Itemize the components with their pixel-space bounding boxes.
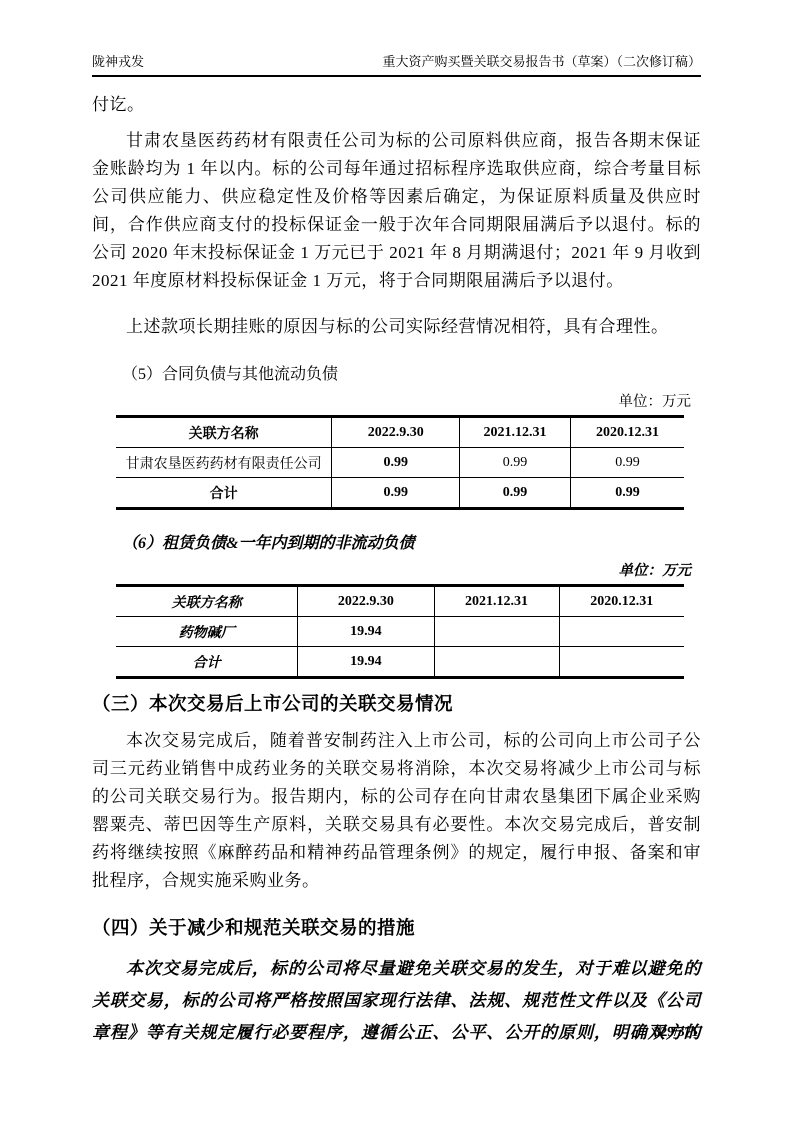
page-content: 付讫。 甘肃农垦医药药材有限责任公司为标的公司原料供应商，报告各期末保证金账龄均… xyxy=(92,91,701,1049)
column-header-2020: 2020.12.31 xyxy=(559,586,684,617)
page-number: 329/371 xyxy=(654,1024,698,1040)
cell-value-2021: 0.99 xyxy=(460,448,571,478)
table-row: 甘肃农垦医药药材有限责任公司 0.99 0.99 0.99 xyxy=(116,448,684,478)
heading-post-transaction-related-dealings: （三）本次交易后上市公司的关联交易情况 xyxy=(92,691,701,717)
paragraph-post-transaction: 本次交易完成后，随着普安制药注入上市公司，标的公司向上市公司子公司三元药业销售中… xyxy=(92,727,701,895)
unit-label-lease-liabilities: 单位：万元 xyxy=(92,562,701,580)
contract-liabilities-table: 关联方名称 2022.9.30 2021.12.31 2020.12.31 甘肃… xyxy=(116,415,684,510)
heading-lease-liabilities: （6）租赁负债&一年内到期的非流动负债 xyxy=(92,532,701,556)
table-header-row: 关联方名称 2022.9.30 2021.12.31 2020.12.31 xyxy=(116,586,684,617)
cell-party-name: 药物碱厂 xyxy=(116,617,298,647)
page-header: 陇神戎发 重大资产购买暨关联交易报告书（草案）（二次修订稿） xyxy=(92,54,701,77)
column-header-2021: 2021.12.31 xyxy=(460,417,571,448)
cell-total-2022: 0.99 xyxy=(332,478,460,509)
cell-total-2020 xyxy=(559,647,684,678)
header-company-name: 陇神戎发 xyxy=(92,54,144,69)
paragraph-reasonableness: 上述款项长期挂账的原因与标的公司实际经营情况相符，具有合理性。 xyxy=(92,313,701,341)
cell-total-label: 合计 xyxy=(116,478,332,509)
cell-value-2020 xyxy=(559,617,684,647)
paragraph-supplier: 甘肃农垦医药药材有限责任公司为标的公司原料供应商，报告各期末保证金账龄均为 1 … xyxy=(92,127,701,295)
table-total-row: 合计 0.99 0.99 0.99 xyxy=(116,478,684,509)
cell-total-2020: 0.99 xyxy=(570,478,684,509)
column-header-2022: 2022.9.30 xyxy=(298,586,434,617)
cell-value-2021 xyxy=(434,617,559,647)
paragraph-measures: 本次交易完成后，标的公司将尽量避免关联交易的发生，对于难以避免的关联交易，标的公… xyxy=(92,953,701,1049)
table-header-row: 关联方名称 2022.9.30 2021.12.31 2020.12.31 xyxy=(116,417,684,448)
column-header-2021: 2021.12.31 xyxy=(434,586,559,617)
cell-total-label: 合计 xyxy=(116,647,298,678)
cell-value-2022: 0.99 xyxy=(332,448,460,478)
lease-liabilities-table: 关联方名称 2022.9.30 2021.12.31 2020.12.31 药物… xyxy=(116,584,684,679)
cell-party-name: 甘肃农垦医药药材有限责任公司 xyxy=(116,448,332,478)
column-header-2020: 2020.12.31 xyxy=(570,417,684,448)
cell-value-2020: 0.99 xyxy=(570,448,684,478)
column-header-related-party: 关联方名称 xyxy=(116,586,298,617)
unit-label-contract-liabilities: 单位：万元 xyxy=(92,393,701,411)
cell-total-2021: 0.99 xyxy=(460,478,571,509)
cell-total-2022: 19.94 xyxy=(298,647,434,678)
heading-contract-liabilities: （5）合同负债与其他流动负债 xyxy=(92,363,701,387)
cell-total-2021 xyxy=(434,647,559,678)
paragraph-fragment: 付讫。 xyxy=(92,91,701,119)
column-header-related-party: 关联方名称 xyxy=(116,417,332,448)
cell-value-2022: 19.94 xyxy=(298,617,434,647)
table-row: 药物碱厂 19.94 xyxy=(116,617,684,647)
heading-measures-to-reduce-related-dealings: （四）关于减少和规范关联交易的措施 xyxy=(92,915,701,941)
header-report-title: 重大资产购买暨关联交易报告书（草案）（二次修订稿） xyxy=(382,54,701,69)
column-header-2022: 2022.9.30 xyxy=(332,417,460,448)
table-total-row: 合计 19.94 xyxy=(116,647,684,678)
document-page: 陇神戎发 重大资产购买暨关联交易报告书（草案）（二次修订稿） 付讫。 甘肃农垦医… xyxy=(0,0,793,1122)
